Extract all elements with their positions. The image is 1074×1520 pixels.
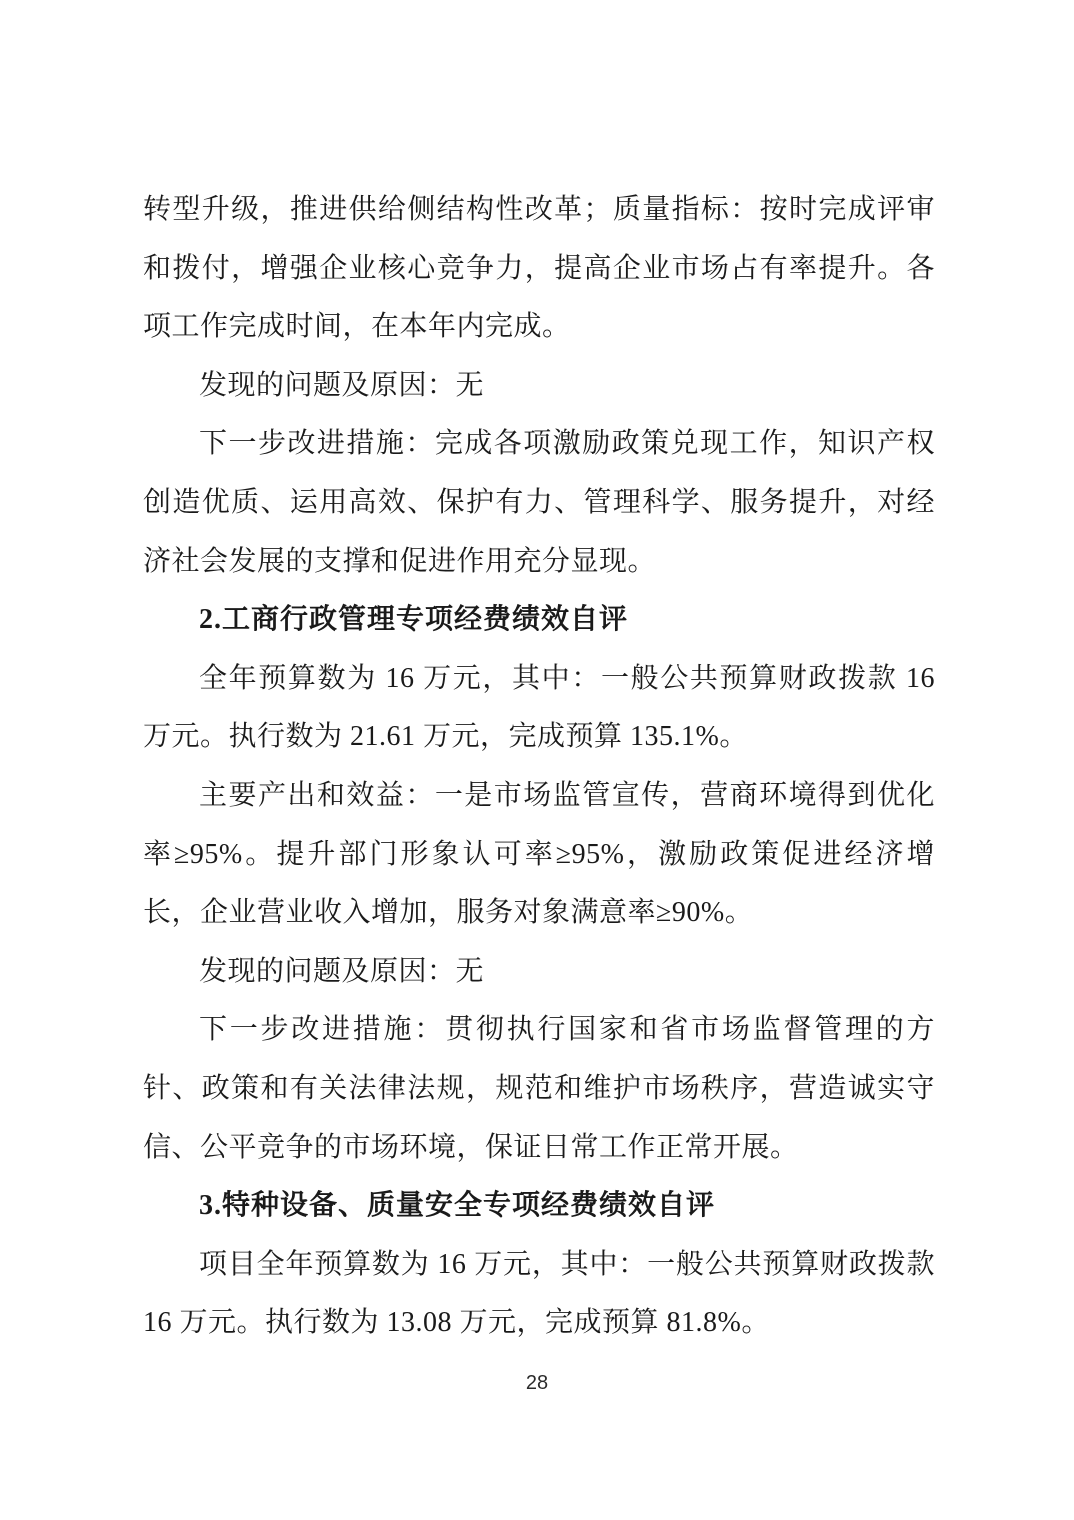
paragraph-next-steps-2: 下一步改进措施：贯彻执行国家和省市场监督管理的方针、政策和有关法律法规，规范和维…: [143, 1001, 935, 1177]
paragraph-next-steps-1: 下一步改进措施：完成各项激励政策兑现工作，知识产权创造优质、运用高效、保护有力、…: [143, 415, 935, 591]
section-heading-3: 3.特种设备、质量安全专项经费绩效自评: [143, 1177, 935, 1236]
paragraph-continuation: 转型升级，推进供给侧结构性改革；质量指标：按时完成评审和拨付，增强企业核心竞争力…: [143, 181, 935, 357]
section-heading-2: 2.工商行政管理专项经费绩效自评: [143, 591, 935, 650]
paragraph-budget-2: 全年预算数为 16 万元，其中：一般公共预算财政拨款 16 万元。执行数为 21…: [143, 650, 935, 767]
paragraph-problems-found-1: 发现的问题及原因：无: [143, 357, 935, 416]
document-body: 转型升级，推进供给侧结构性改革；质量指标：按时完成评审和拨付，增强企业核心竞争力…: [143, 181, 935, 1353]
page-number: 28: [0, 1372, 1074, 1395]
paragraph-outputs-benefits-2: 主要产出和效益：一是市场监管宣传，营商环境得到优化率≥95%。提升部门形象认可率…: [143, 767, 935, 943]
paragraph-budget-3: 项目全年预算数为 16 万元，其中：一般公共预算财政拨款 16 万元。执行数为 …: [143, 1236, 935, 1353]
document-page: 转型升级，推进供给侧结构性改革；质量指标：按时完成评审和拨付，增强企业核心竞争力…: [0, 0, 1074, 1520]
paragraph-problems-found-2: 发现的问题及原因：无: [143, 943, 935, 1002]
